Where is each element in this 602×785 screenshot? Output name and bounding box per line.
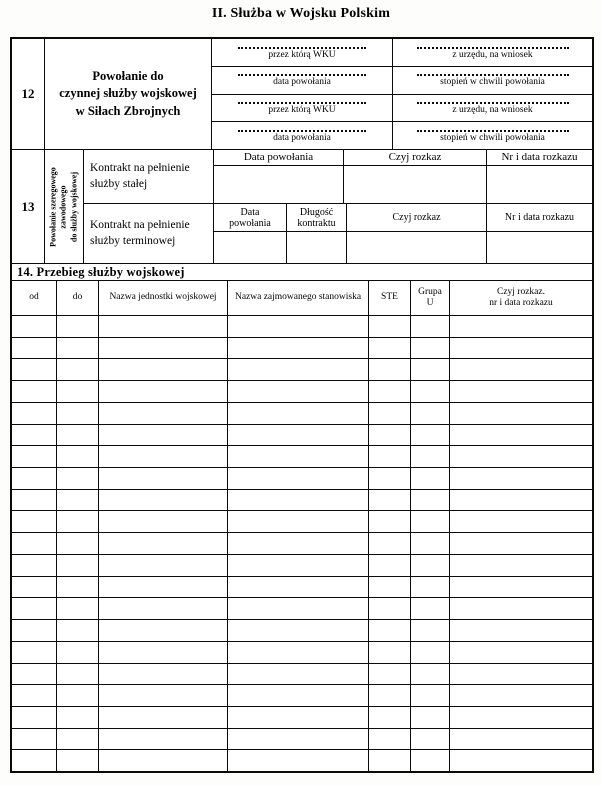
service-table-cell (411, 446, 450, 467)
dotted-line (238, 100, 366, 104)
service-table-cell (228, 403, 369, 424)
row-12-right-fields: z urzędu, na wniosek stopień w chwili po… (393, 39, 592, 149)
service-table-header: od do Nazwa jednostki wojskowej Nazwa za… (12, 281, 592, 316)
service-table-cell (57, 555, 99, 576)
contract-fixed-table: Data powołania Długość kontraktu Czyj ro… (214, 204, 592, 263)
service-table-cell (99, 316, 228, 337)
service-table-cell (99, 338, 228, 359)
dotted-field: stopień w chwili powołania (393, 122, 592, 149)
service-table-cell (369, 729, 411, 750)
contract-permanent-label: Kontrakt na pełnienie służby stałej (84, 150, 214, 203)
service-table-row (12, 468, 592, 490)
service-table-cell (369, 750, 411, 771)
service-table-cell (450, 664, 592, 685)
service-table-cell (228, 490, 369, 511)
row-13-main: Kontrakt na pełnienie służby stałej Data… (84, 150, 592, 263)
service-table-row (12, 338, 592, 360)
contract-permanent-table: Data powołania Czyj rozkaz Nr i data roz… (214, 150, 592, 203)
service-table-row (12, 555, 592, 577)
service-table-row (12, 664, 592, 686)
service-table-row (12, 750, 592, 771)
service-table-cell (450, 598, 592, 619)
column-header-unit: Nazwa jednostki wojskowej (99, 281, 228, 315)
service-table-cell (99, 533, 228, 554)
service-table-cell (12, 577, 57, 598)
service-table-cell (411, 729, 450, 750)
column-header-ste: STE (369, 281, 411, 315)
service-table-cell (411, 511, 450, 532)
service-table-cell (99, 381, 228, 402)
service-table-cell (369, 316, 411, 337)
service-table-row (12, 685, 592, 707)
empty-cell (287, 232, 347, 263)
service-table-cell (450, 620, 592, 641)
service-table-cell (57, 511, 99, 532)
service-table-cell (411, 490, 450, 511)
column-header: Nr i data rozkazu (487, 204, 592, 231)
contract-fixed-block: Kontrakt na pełnienie służby terminowej … (84, 204, 592, 263)
service-table-cell (57, 729, 99, 750)
service-table-cell (12, 598, 57, 619)
dotted-field: data powołania (212, 122, 392, 149)
row-12-left-fields: przez którą WKU data powołania przez któ… (212, 39, 393, 149)
service-table-cell (369, 707, 411, 728)
service-table-cell (57, 359, 99, 380)
service-table-row (12, 359, 592, 381)
column-header: Data powołania (214, 150, 344, 165)
service-table-cell (450, 533, 592, 554)
service-table-row (12, 511, 592, 533)
service-table-cell (12, 533, 57, 554)
service-table-cell (228, 316, 369, 337)
service-table-cell (369, 642, 411, 663)
service-table-cell (450, 707, 592, 728)
service-table-cell (57, 642, 99, 663)
service-table-cell (369, 620, 411, 641)
service-table-cell (12, 446, 57, 467)
service-table-cell (450, 577, 592, 598)
column-header-group: Grupa U (411, 281, 450, 315)
service-table-cell (99, 555, 228, 576)
service-table-cell (228, 620, 369, 641)
dotted-line (417, 72, 569, 76)
service-table-cell (369, 511, 411, 532)
service-table-cell (411, 685, 450, 706)
field-label: przez którą WKU (268, 51, 335, 61)
service-table-cell (450, 316, 592, 337)
service-table-cell (228, 381, 369, 402)
service-table-cell (57, 468, 99, 489)
service-table-cell (450, 338, 592, 359)
service-table-cell (411, 620, 450, 641)
column-header-position: Nazwa zajmowanego stanowiska (228, 281, 369, 315)
service-table-row (12, 598, 592, 620)
service-table-cell (57, 316, 99, 337)
service-table-cell (57, 750, 99, 771)
service-table-cell (57, 381, 99, 402)
service-table-cell (99, 511, 228, 532)
row-13-number: 13 (12, 150, 45, 263)
service-table-row (12, 620, 592, 642)
contract-permanent-block: Kontrakt na pełnienie służby stałej Data… (84, 150, 592, 204)
service-table-cell (228, 750, 369, 771)
dotted-line (417, 100, 569, 104)
row-12: 12 Powołanie do czynnej służby wojskowej… (12, 39, 592, 150)
service-table-cell (411, 533, 450, 554)
service-table-cell (228, 511, 369, 532)
service-table-cell (450, 425, 592, 446)
column-header-order: Czyj rozkaz. nr i data rozkazu (450, 281, 592, 315)
service-table-cell (369, 664, 411, 685)
service-table-cell (411, 468, 450, 489)
field-label: stopień w chwili powołania (440, 78, 545, 88)
service-table-cell (99, 750, 228, 771)
dotted-field: przez którą WKU (212, 95, 392, 123)
service-table-cell (228, 555, 369, 576)
field-label: z urzędu, na wniosek (452, 106, 532, 116)
service-table-cell (99, 642, 228, 663)
service-table-cell (99, 446, 228, 467)
service-table-cell (57, 490, 99, 511)
service-table-row (12, 577, 592, 599)
contract-permanent-empty-row (214, 166, 592, 203)
service-table-body (12, 316, 592, 771)
service-table-cell (369, 685, 411, 706)
service-table-cell (411, 316, 450, 337)
contract-permanent-header: Data powołania Czyj rozkaz Nr i data roz… (214, 150, 592, 166)
dotted-line (238, 72, 366, 76)
contract-fixed-header: Data powołania Długość kontraktu Czyj ro… (214, 204, 592, 232)
service-table-cell (12, 664, 57, 685)
service-table-cell (369, 425, 411, 446)
field-label: stopień w chwili powołania (440, 134, 545, 144)
empty-cell (214, 232, 287, 263)
row-13-side-label-cell: Powołanie szeregowego zawodowego do służ… (45, 150, 84, 263)
service-table-row (12, 316, 592, 338)
service-table-row (12, 729, 592, 751)
service-table-cell (411, 707, 450, 728)
service-table-cell (450, 403, 592, 424)
service-table-cell (228, 598, 369, 619)
service-table-cell (450, 490, 592, 511)
service-table-cell (99, 729, 228, 750)
dotted-line (417, 128, 569, 132)
service-table-cell (57, 533, 99, 554)
column-header: Data powołania (214, 204, 287, 231)
service-table-cell (12, 316, 57, 337)
service-table-cell (411, 359, 450, 380)
service-table-cell (99, 707, 228, 728)
column-header: Czyj rozkaz (347, 204, 487, 231)
service-table-cell (369, 381, 411, 402)
dotted-field: przez którą WKU (212, 39, 392, 67)
service-table-cell (369, 598, 411, 619)
service-table-cell (450, 446, 592, 467)
service-table-cell (57, 707, 99, 728)
service-table-cell (99, 598, 228, 619)
service-table-cell (369, 533, 411, 554)
service-table-cell (12, 490, 57, 511)
service-table-cell (228, 425, 369, 446)
service-table-cell (450, 750, 592, 771)
row-13-side-label: Powołanie szeregowego zawodowego do służ… (48, 154, 79, 260)
service-table-row (12, 707, 592, 729)
service-table-cell (228, 729, 369, 750)
page-title: II. Służba w Wojsku Polskim (0, 6, 602, 22)
field-label: data powołania (273, 78, 331, 88)
service-table-cell (57, 577, 99, 598)
service-table-cell (369, 359, 411, 380)
service-table-cell (369, 577, 411, 598)
service-table-row (12, 533, 592, 555)
service-table-row (12, 381, 592, 403)
column-header: Nr i data rozkazu (487, 150, 592, 165)
field-label: z urzędu, na wniosek (452, 51, 532, 61)
service-table-cell (450, 729, 592, 750)
service-table-cell (411, 338, 450, 359)
dotted-field: z urzędu, na wniosek (393, 95, 592, 123)
service-table-cell (12, 555, 57, 576)
service-table-cell (12, 468, 57, 489)
service-table-cell (12, 707, 57, 728)
service-table-cell (12, 642, 57, 663)
service-table-cell (411, 577, 450, 598)
dotted-line (238, 45, 366, 49)
service-table-cell (12, 685, 57, 706)
service-table-cell (57, 664, 99, 685)
service-table-cell (411, 750, 450, 771)
service-table-cell (99, 490, 228, 511)
service-table-cell (57, 338, 99, 359)
dotted-line (417, 45, 569, 49)
service-table-cell (12, 338, 57, 359)
service-table-cell (57, 685, 99, 706)
empty-cell (487, 166, 592, 203)
service-table-cell (12, 381, 57, 402)
service-table-cell (411, 381, 450, 402)
service-table-row (12, 425, 592, 447)
service-table-cell (450, 642, 592, 663)
service-table-cell (450, 468, 592, 489)
form-table: 12 Powołanie do czynnej służby wojskowej… (10, 37, 594, 773)
service-table-cell (228, 338, 369, 359)
service-table-cell (450, 359, 592, 380)
column-header-od: od (12, 281, 57, 315)
empty-cell (344, 166, 487, 203)
section-14-title: 14. Przebieg służby wojskowej (12, 264, 592, 281)
service-table-cell (369, 446, 411, 467)
row-12-number: 12 (12, 39, 45, 149)
service-table-cell (228, 707, 369, 728)
service-table-cell (99, 685, 228, 706)
service-table-cell (12, 359, 57, 380)
service-table-cell (99, 359, 228, 380)
field-label: data powołania (273, 134, 331, 144)
service-table-cell (228, 642, 369, 663)
service-table-cell (411, 664, 450, 685)
service-table-row (12, 403, 592, 425)
service-table-cell (57, 425, 99, 446)
service-table-cell (228, 533, 369, 554)
empty-cell (487, 232, 592, 263)
service-table-cell (57, 403, 99, 424)
column-header: Długość kontraktu (287, 204, 347, 231)
service-table-cell (228, 446, 369, 467)
contract-fixed-label: Kontrakt na pełnienie służby terminowej (84, 204, 214, 263)
service-table-cell (411, 425, 450, 446)
service-table-cell (57, 598, 99, 619)
service-table-cell (228, 577, 369, 598)
service-table-cell (12, 729, 57, 750)
service-table-cell (12, 511, 57, 532)
service-table-cell (411, 642, 450, 663)
empty-cell (214, 166, 344, 203)
dotted-field: data powołania (212, 67, 392, 95)
service-table-cell (12, 620, 57, 641)
service-table-cell (12, 403, 57, 424)
service-table-cell (411, 555, 450, 576)
service-table-cell (228, 359, 369, 380)
empty-cell (347, 232, 487, 263)
service-table-cell (228, 468, 369, 489)
service-table-cell (411, 598, 450, 619)
column-header-do: do (57, 281, 99, 315)
dotted-line (238, 128, 366, 132)
row-13: 13 Powołanie szeregowego zawodowego do s… (12, 150, 592, 264)
dotted-field: stopień w chwili powołania (393, 67, 592, 95)
service-table-cell (12, 750, 57, 771)
service-table-cell (369, 338, 411, 359)
service-table-cell (450, 511, 592, 532)
field-label: przez którą WKU (268, 106, 335, 116)
service-table-cell (99, 403, 228, 424)
service-table-cell (369, 555, 411, 576)
service-table-cell (450, 555, 592, 576)
service-table-cell (450, 685, 592, 706)
service-table-cell (369, 403, 411, 424)
service-table-cell (99, 664, 228, 685)
service-table-cell (450, 381, 592, 402)
service-table-cell (99, 620, 228, 641)
row-12-title: Powołanie do czynnej służby wojskowej w … (45, 39, 212, 149)
service-table-cell (369, 468, 411, 489)
column-header: Czyj rozkaz (344, 150, 487, 165)
service-table-cell (57, 620, 99, 641)
contract-fixed-empty-row (214, 232, 592, 263)
service-table-cell (57, 446, 99, 467)
service-table-row (12, 490, 592, 512)
service-table-cell (12, 425, 57, 446)
service-table-cell (228, 685, 369, 706)
service-table-cell (99, 468, 228, 489)
service-table-cell (369, 490, 411, 511)
service-table-row (12, 642, 592, 664)
service-table-row (12, 446, 592, 468)
service-table-cell (228, 664, 369, 685)
dotted-field: z urzędu, na wniosek (393, 39, 592, 67)
service-table-cell (411, 403, 450, 424)
service-table-cell (99, 425, 228, 446)
service-table-cell (99, 577, 228, 598)
